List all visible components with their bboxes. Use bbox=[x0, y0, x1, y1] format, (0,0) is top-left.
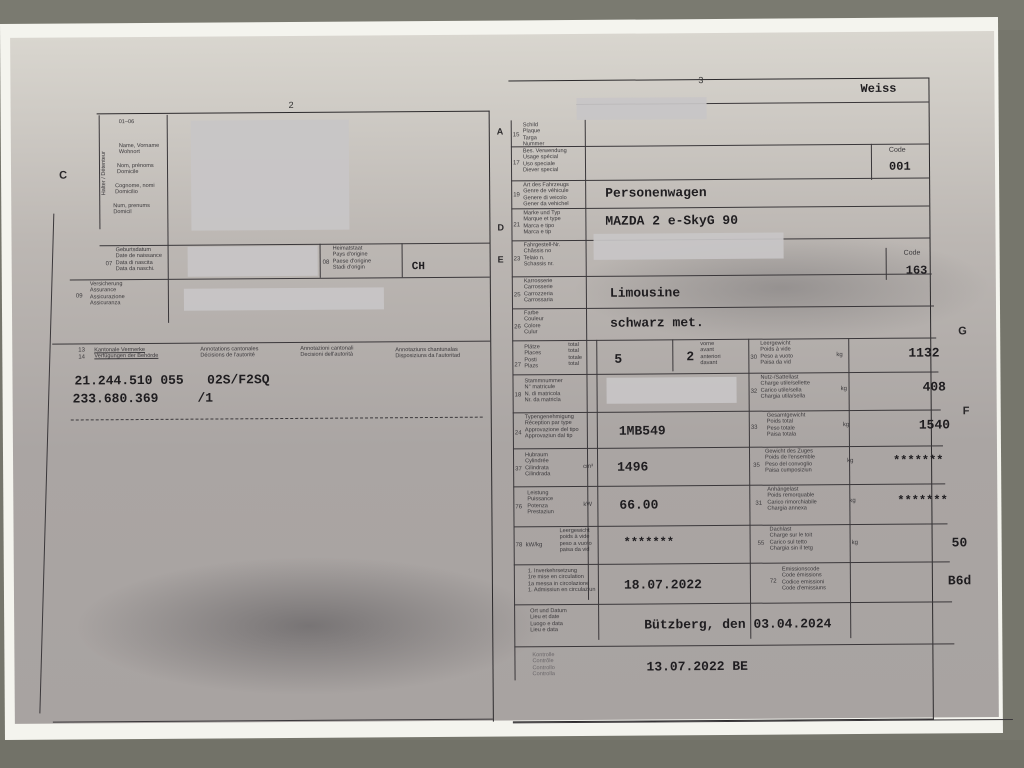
seats-total-label: total total totale total bbox=[568, 342, 582, 368]
holder-label-fr: Nom, prénoms Domicile bbox=[117, 163, 154, 176]
field-number-26: 26 bbox=[514, 324, 521, 330]
power-value: 66.00 bbox=[619, 497, 658, 512]
field-number-15: 15 bbox=[513, 132, 520, 138]
total-weight-unit: kg bbox=[843, 422, 849, 428]
annotation-header-fr: Annotations cantonales Décisions de l'au… bbox=[200, 346, 258, 359]
annotation-number-14: 14 bbox=[78, 354, 85, 360]
type-approval-label: Typengenehmigung Réception par type Appr… bbox=[525, 414, 579, 440]
annotation-line-1: 21.244.510 055 02S/F2SQ bbox=[74, 372, 269, 388]
field-number-27: 27 bbox=[514, 362, 521, 368]
birth-date-label: Geburtsdatum Date de naissance Data di n… bbox=[116, 247, 163, 273]
chassis-redacted bbox=[593, 233, 783, 260]
displacement-value: 1496 bbox=[617, 459, 648, 474]
field-number-55: 55 bbox=[758, 541, 765, 547]
field-number-07: 07 bbox=[106, 261, 113, 267]
field-number-17: 17 bbox=[513, 160, 520, 166]
annotation-line-2: 233.680.369 /1 bbox=[73, 391, 214, 407]
emission-code-label: Emissionscode Code émissions Codice emis… bbox=[782, 566, 826, 592]
left-page: 2 C 01–06 Halter / Détenteur Name, Vorna… bbox=[49, 111, 493, 724]
code-label: Code bbox=[889, 147, 906, 154]
vehicle-type-label: Art des Fahrzeugs Genre de véhicule Gene… bbox=[523, 182, 569, 208]
matriculation-redacted bbox=[606, 377, 736, 404]
field-number-24: 24 bbox=[515, 430, 522, 436]
annotation-header-rm: Annotaziuns chantunalas Disposiziuns da … bbox=[395, 347, 460, 360]
empty-weight-unit: kg bbox=[836, 352, 842, 358]
total-weight-label: Gesamtgewicht Poids total Peso totale Pa… bbox=[767, 412, 806, 438]
power-weight-label: Leergewicht poids à vide peso a vuoto pa… bbox=[560, 528, 592, 554]
emission-code-value: B6d bbox=[948, 573, 972, 588]
vehicle-type-value: Personenwagen bbox=[605, 185, 707, 201]
first-registration-label: 1. Inverkehrsetzung 1re mise en circulat… bbox=[528, 568, 596, 594]
special-use-label: Bes. Verwendung Usage spécial Uso specia… bbox=[523, 148, 567, 174]
power-unit: kW bbox=[583, 502, 592, 508]
origin-label: Heimatstaat Pays d'origine Paese d'origi… bbox=[333, 245, 372, 271]
field-number-30: 30 bbox=[750, 355, 757, 361]
annotation-number-13: 13 bbox=[78, 347, 85, 353]
roof-load-value: 50 bbox=[952, 535, 968, 550]
color-top-value: Weiss bbox=[860, 82, 896, 96]
field-number-37: 37 bbox=[515, 466, 522, 472]
body-value: Limousine bbox=[610, 285, 680, 300]
chassis-label: Fahrgestell-Nr. Châssis no Telaio n. Sch… bbox=[524, 242, 561, 268]
payload-label: Nutz-/Sattellast Charge utile/sellette C… bbox=[760, 374, 810, 400]
page-number: 2 bbox=[289, 100, 294, 110]
trailer-load-value: ******* bbox=[897, 493, 948, 507]
code-divider bbox=[886, 248, 887, 280]
field-number-21: 21 bbox=[513, 222, 520, 228]
displacement-unit: cm³ bbox=[583, 464, 593, 470]
holder-name-redacted bbox=[191, 120, 350, 231]
make-model-label: Marke und Typ Marque et type Marca e tip… bbox=[523, 210, 561, 236]
col-divider bbox=[672, 339, 673, 371]
plate-label: Schild Plaque Targa Nummer bbox=[523, 122, 545, 148]
birth-date-redacted bbox=[188, 246, 318, 277]
background-surface-bottom bbox=[0, 740, 1024, 768]
bottom-entry-label: Kontrolle Contrôle Controllo Controlla bbox=[532, 652, 555, 678]
power-label: Leistung Puissance Potenza Prestaziun bbox=[527, 490, 554, 516]
seats-label: Plätze Places Posti Plazs bbox=[524, 344, 541, 370]
field-number-08: 08 bbox=[323, 260, 330, 266]
field-number-09: 09 bbox=[76, 293, 83, 299]
seats-front-value: 2 bbox=[686, 349, 694, 364]
bottom-entry-value: 13.07.2022 BE bbox=[646, 659, 748, 675]
power-weight-value: ******* bbox=[624, 535, 675, 549]
right-page: 3 Weiss A D E G F 15 Schild Plaque Targa… bbox=[508, 77, 1008, 724]
annotation-header-it: Annotazioni cantonali Decisioni dell'aut… bbox=[300, 346, 353, 359]
seats-front-label: vorne avant anteriori davant bbox=[700, 341, 720, 367]
roof-load-unit: kg bbox=[852, 540, 858, 546]
origin-value: CH bbox=[412, 261, 425, 273]
place-date-label: Ort und Datum Lieu et date Luogo e data … bbox=[530, 608, 567, 634]
field-number-19: 19 bbox=[513, 192, 520, 198]
annotation-numbers: 13 14 bbox=[78, 347, 85, 361]
matriculation-label: Stammnummer N° matricule N. di matricola… bbox=[524, 378, 562, 404]
body-label: Karrosserie Carrosserie Carrozzeria Carr… bbox=[524, 278, 553, 304]
trailer-load-label: Anhängelast Poids remorquable Carico rim… bbox=[767, 486, 817, 512]
type-approval-value: 1MB549 bbox=[619, 423, 666, 438]
train-weight-label: Gewicht des Zuges Poids de l'ensemble Pe… bbox=[765, 448, 815, 474]
holder-label-it: Cognome, nomi Domicilio bbox=[115, 183, 155, 196]
field-number-32: 32 bbox=[751, 389, 758, 395]
field-number-23: 23 bbox=[514, 256, 521, 262]
vehicle-registration-document: 2 C 01–06 Halter / Détenteur Name, Vorna… bbox=[10, 31, 999, 724]
total-weight-value: 1540 bbox=[919, 417, 950, 432]
roof-load-label: Dachlast Charge sur le toit Carico sul t… bbox=[770, 526, 813, 552]
side-letter-f: F bbox=[963, 405, 970, 417]
holder-label-de: Name, Vorname Wohnort bbox=[119, 143, 160, 156]
field-number-76: 76 bbox=[515, 504, 522, 510]
place-date-value: Bützberg, den 03.04.2024 bbox=[644, 616, 831, 632]
side-letter-d: D bbox=[497, 222, 504, 232]
make-model-value: MAZDA 2 e-SkyG 90 bbox=[605, 213, 738, 229]
train-weight-unit: kg bbox=[847, 458, 853, 464]
first-registration-value: 18.07.2022 bbox=[624, 577, 702, 593]
side-letter-e: E bbox=[498, 254, 504, 264]
side-letter-g: G bbox=[958, 325, 967, 337]
empty-weight-value: 1132 bbox=[908, 345, 939, 360]
power-weight-unit-label: kW/kg bbox=[526, 542, 543, 548]
side-letter-a: A bbox=[497, 126, 504, 136]
field-number-31: 31 bbox=[755, 501, 762, 507]
field-number-72: 72 bbox=[770, 579, 777, 585]
displacement-label: Hubraum Cylindrée Cilindrata Cilindrada bbox=[525, 452, 550, 478]
field-number-33: 33 bbox=[751, 425, 758, 431]
holder-side-label: Halter / Détenteur bbox=[101, 151, 108, 195]
field-number-35: 35 bbox=[753, 463, 760, 469]
color-value: schwarz met. bbox=[610, 315, 704, 331]
insurance-label: Versicherung Assurance Assicurazione Ass… bbox=[90, 281, 125, 307]
annotation-header-de: Kantonale Vermerke Verfügungen der Behör… bbox=[94, 347, 158, 360]
special-use-code: 001 bbox=[889, 160, 911, 174]
left-margin-line bbox=[39, 214, 54, 714]
code-label: Code bbox=[904, 250, 921, 257]
field-number-78: 78 bbox=[516, 542, 523, 548]
insurance-redacted bbox=[184, 287, 384, 310]
trailer-load-unit: kg bbox=[849, 498, 855, 504]
field-number-25: 25 bbox=[514, 292, 521, 298]
payload-unit: kg bbox=[841, 386, 847, 392]
color-label: Farbe Couleur Colore Culur bbox=[524, 310, 544, 336]
field-number-18: 18 bbox=[515, 392, 522, 398]
holder-label-rm: Num, prenums Domicil bbox=[113, 203, 150, 216]
train-weight-value: ******* bbox=[893, 453, 944, 467]
empty-weight-label: Leergewicht Poids à vide Peso a vuoto Pa… bbox=[760, 340, 793, 366]
holder-field-range: 01–06 bbox=[119, 119, 135, 126]
section-letter-c: C bbox=[59, 170, 67, 182]
chassis-code: 163 bbox=[906, 264, 928, 278]
paper-sheet: 2 C 01–06 Halter / Détenteur Name, Vorna… bbox=[0, 17, 1003, 740]
payload-value: 408 bbox=[923, 379, 947, 394]
col-divider bbox=[402, 243, 403, 277]
seats-total-value: 5 bbox=[614, 352, 622, 367]
plate-redacted bbox=[577, 97, 707, 120]
